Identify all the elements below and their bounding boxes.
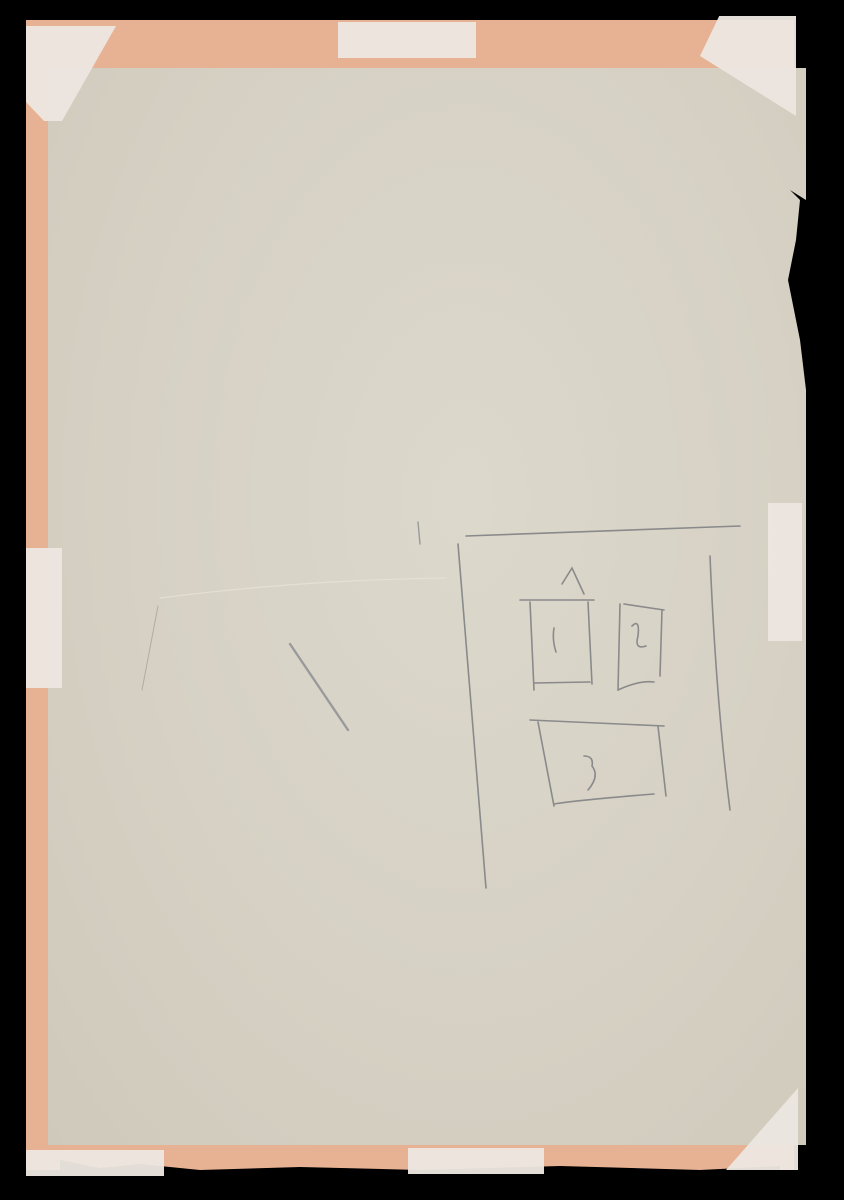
box-3-label: 3: [590, 770, 591, 771]
scan-scene: 1 2 3: [0, 0, 844, 1200]
pencil-sketch: [0, 0, 844, 1200]
sketch-box-1: [520, 568, 594, 690]
sketch-box-2: [618, 604, 664, 690]
box-2-label: 2: [636, 634, 637, 635]
sketch-frame: [466, 526, 740, 536]
sketch-box-3: [530, 720, 666, 806]
stray-pencil-stroke: [290, 644, 348, 730]
box-1-label: 1: [552, 640, 553, 641]
